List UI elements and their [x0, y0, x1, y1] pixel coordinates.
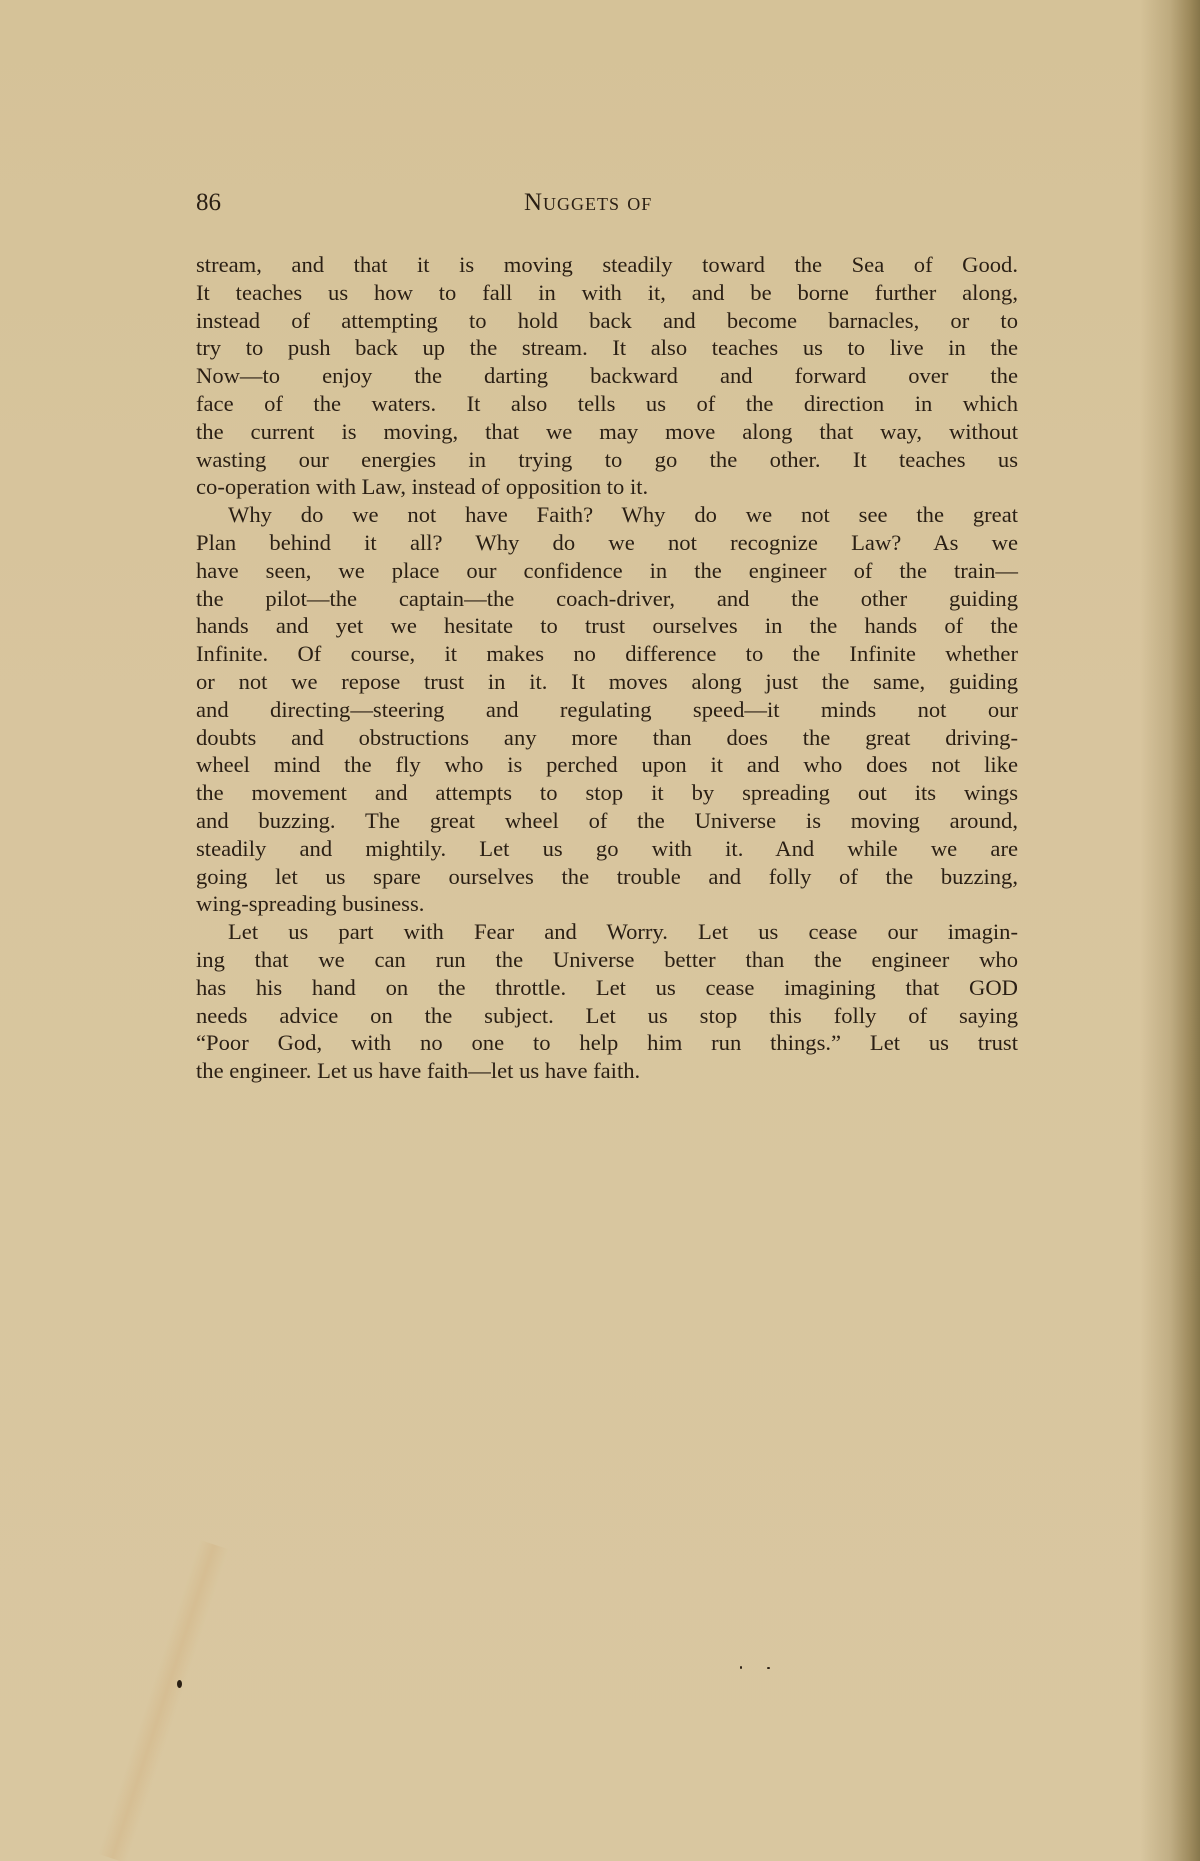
text-line: doubts and obstructions any more than do… [196, 724, 1018, 752]
text-line: wheel mind the fly who is perched upon i… [196, 751, 1018, 779]
text-line: needs advice on the subject. Let us stop… [196, 1002, 1018, 1030]
text-line: wasting our energies in trying to go the… [196, 446, 1018, 474]
ink-speck [177, 1680, 182, 1688]
paper-stain [98, 1540, 229, 1861]
paragraph: stream, and that it is moving steadily t… [196, 251, 1018, 501]
text-line: has his hand on the throttle. Let us cea… [196, 974, 1018, 1002]
text-line: “Poor God, with no one to help him run t… [196, 1029, 1018, 1057]
paragraph: Let us part with Fear and Worry. Let us … [196, 918, 1018, 1085]
page-number: 86 [196, 188, 221, 218]
text-line: and directing—steering and regulating sp… [196, 696, 1018, 724]
ink-speck [740, 1666, 742, 1669]
text-line: the movement and attempts to stop it by … [196, 779, 1018, 807]
text-line: stream, and that it is moving steadily t… [196, 251, 1018, 279]
ink-speck [767, 1667, 770, 1669]
body-text: stream, and that it is moving steadily t… [196, 251, 1018, 1085]
text-line: ing that we can run the Universe better … [196, 946, 1018, 974]
text-line: have seen, we place our confidence in th… [196, 557, 1018, 585]
text-line: face of the waters. It also tells us of … [196, 390, 1018, 418]
text-line: Infinite. Of course, it makes no differe… [196, 640, 1018, 668]
text-line: the pilot—the captain—the coach-driver, … [196, 585, 1018, 613]
running-head: 86 Nuggets of [196, 188, 1018, 218]
text-line: try to push back up the stream. It also … [196, 334, 1018, 362]
text-line: instead of attempting to hold back and b… [196, 307, 1018, 335]
text-line: wing-spreading business. [196, 890, 1018, 918]
text-line: steadily and mightily. Let us go with it… [196, 835, 1018, 863]
text-line: Now—to enjoy the darting backward and fo… [196, 362, 1018, 390]
text-line: and buzzing. The great wheel of the Univ… [196, 807, 1018, 835]
text-line: Plan behind it all? Why do we not recogn… [196, 529, 1018, 557]
text-line: hands and yet we hesitate to trust ourse… [196, 612, 1018, 640]
paragraph: Why do we not have Faith? Why do we not … [196, 501, 1018, 918]
text-line: Let us part with Fear and Worry. Let us … [196, 918, 1018, 946]
text-line: going let us spare ourselves the trouble… [196, 863, 1018, 891]
text-line: the engineer. Let us have faith—let us h… [196, 1057, 1018, 1085]
text-line: the current is moving, that we may move … [196, 418, 1018, 446]
text-line: or not we repose trust in it. It moves a… [196, 668, 1018, 696]
text-line: Why do we not have Faith? Why do we not … [196, 501, 1018, 529]
text-line: co-operation with Law, instead of opposi… [196, 473, 1018, 501]
text-line: It teaches us how to fall in with it, an… [196, 279, 1018, 307]
running-title: Nuggets of [524, 188, 652, 218]
